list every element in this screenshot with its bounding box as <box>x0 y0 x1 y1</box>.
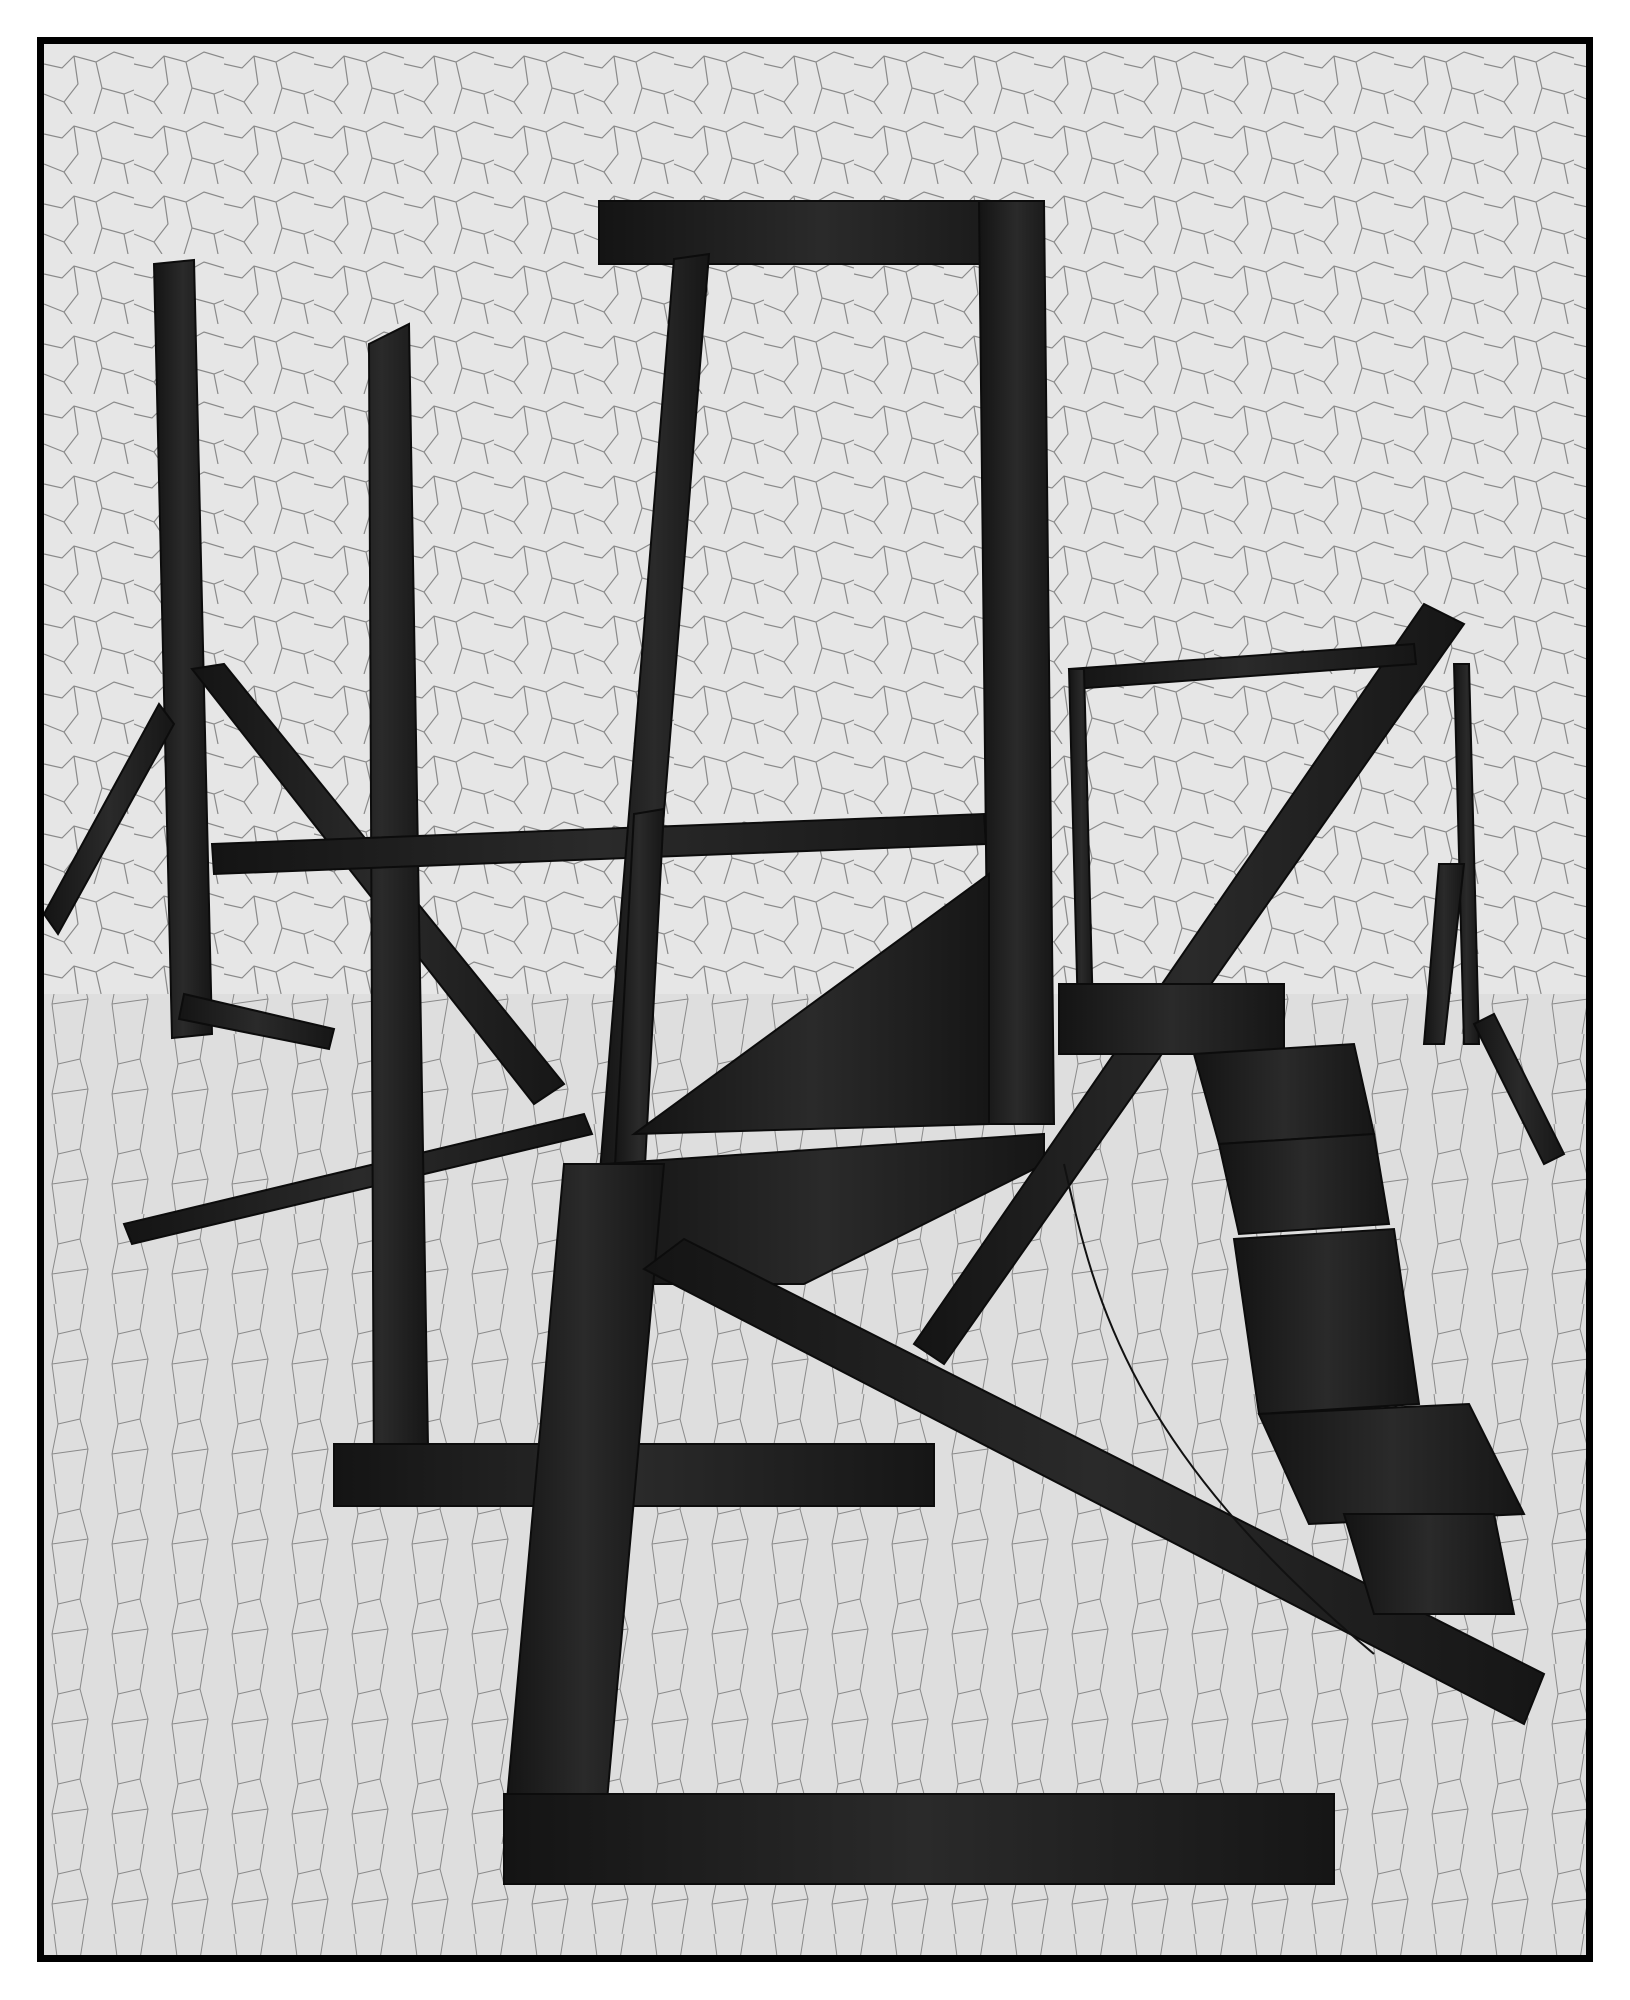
sculpture-photograph <box>44 44 1586 1955</box>
photo-frame <box>37 37 1593 1962</box>
sculpture-illustration <box>44 44 1586 1955</box>
